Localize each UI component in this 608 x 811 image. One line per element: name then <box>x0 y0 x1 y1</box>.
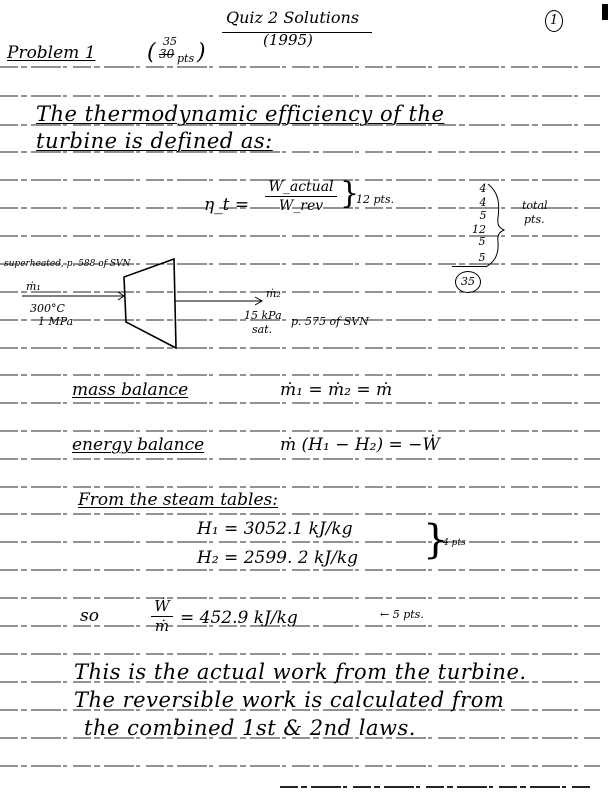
work-prefix: so <box>80 608 99 625</box>
conclusion-line-3: the combined 1st & 2nd laws. <box>84 718 416 739</box>
efficiency-numerator: W_actual <box>265 180 337 194</box>
conclusion-line-2: The reversible work is calculated from <box>74 690 504 711</box>
efficiency-symbol: η_t = <box>204 197 249 214</box>
points-item: 12 <box>471 224 487 235</box>
work-denominator: ṁ <box>151 619 173 634</box>
quiz-solution-page: Quiz 2 Solutions (1995) 1 Problem 1 ( 35… <box>0 0 608 811</box>
enthalpy-h1: H₁ = 3052.1 kJ/kg <box>197 521 353 538</box>
quiz-year: (1995) <box>263 33 313 48</box>
mass-balance-label: mass balance <box>72 382 188 399</box>
open-paren: ( <box>147 42 156 64</box>
work-result: = 452.9 kJ/kg <box>180 610 298 627</box>
outlet-pressure: 15 kPa <box>244 310 282 321</box>
intro-line-1: The thermodynamic efficiency of the <box>36 104 444 125</box>
scan-edge-mark <box>602 4 608 20</box>
steam-tables-heading: From the steam tables: <box>78 492 278 509</box>
work-points: ← 5 pts. <box>380 609 424 620</box>
inlet-note: superheated, p. 588 of SVN <box>4 260 130 269</box>
conclusion-line-1: This is the actual work from the turbine… <box>74 662 527 683</box>
enthalpy-h2: H₂ = 2599. 2 kJ/kg <box>197 550 358 567</box>
points-unit: pts <box>177 53 194 64</box>
page-number: 1 <box>545 10 563 32</box>
points-corrected: 35 <box>163 36 177 47</box>
efficiency-denominator: W_rev <box>265 199 337 213</box>
mass-balance-equation: ṁ₁ = ṁ₂ = ṁ <box>280 382 392 399</box>
energy-balance-equation: ṁ (H₁ − H₂) = −Ẇ <box>280 437 440 454</box>
inlet-flow-label: ṁ₁ <box>26 281 41 292</box>
inlet-pressure: 1 MPa <box>38 316 73 327</box>
total-label-2: pts. <box>524 214 545 225</box>
page-title: Quiz 2 Solutions <box>226 10 359 26</box>
turbine-sketch <box>0 240 608 360</box>
energy-balance-label: energy balance <box>72 437 204 454</box>
work-numerator: Ẇ <box>151 599 173 614</box>
close-paren: ) <box>197 42 206 64</box>
outlet-flow-label: ṁ₂ <box>266 288 281 299</box>
efficiency-fraction: W_actual W_rev <box>265 180 337 213</box>
points-struck-out: 30 <box>159 48 174 60</box>
total-label-1: total <box>522 200 548 211</box>
efficiency-points: 12 pts. <box>356 194 394 205</box>
inlet-temperature: 300°C <box>30 303 65 314</box>
problem-points: ( 35 30 pts ) <box>147 36 207 68</box>
outlet-note: p. 575 of SVN <box>291 316 369 327</box>
outlet-state: sat. <box>252 324 272 335</box>
enthalpy-points: 4 pts <box>443 539 466 548</box>
problem-heading: Problem 1 <box>7 45 96 62</box>
turbine-diagram: superheated, p. 588 of SVN ṁ₁ 300°C 1 MP… <box>0 240 608 360</box>
intro-line-2: turbine is defined as: <box>36 131 273 152</box>
work-fraction: Ẇ ṁ <box>151 599 173 634</box>
